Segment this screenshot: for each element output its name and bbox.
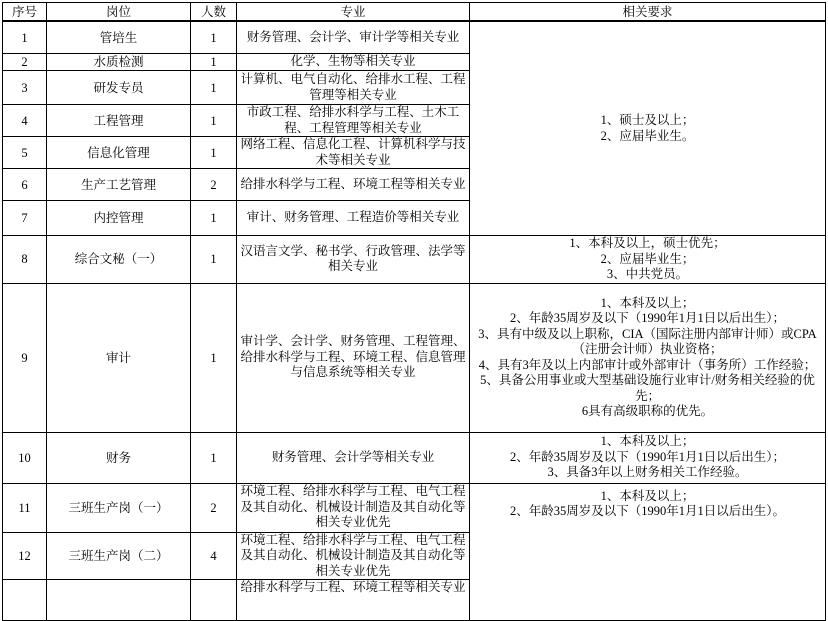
major-cell: 网络工程、信息化工程、计算机科学与技术等相关专业 (237, 137, 470, 169)
position-cell: 生产工艺管理 (47, 169, 191, 201)
row-number-cell: 11 (3, 483, 47, 532)
col-header-requirements: 相关要求 (470, 3, 826, 22)
count-cell: 1 (191, 71, 237, 105)
header-row: 序号 岗位 人数 专业 相关要求 (3, 3, 826, 22)
requirements-cell: 1、本科及以上； 2、年龄35周岁及以下（1990年1月1日以后出生）； 3、具… (470, 283, 826, 432)
table-row: 11 三班生产岗（一） 2 环境工程、给排水科学与工程、电气工程及其自动化、机械… (3, 483, 826, 532)
major-cell: 环境工程、给排水科学与工程、电气工程及其自动化、机械设计制造及其自动化等相关专业… (237, 483, 470, 532)
requirements-cell: 1、硕士及以上； 2、应届毕业生。 (470, 21, 826, 236)
position-cell: 管培生 (47, 21, 191, 54)
count-cell: 1 (191, 201, 237, 236)
count-cell: 4 (191, 532, 237, 580)
position-cell: 研发专员 (47, 71, 191, 105)
row-number-cell (3, 580, 47, 593)
position-cell: 三班生产岗（二） (47, 532, 191, 580)
requirements-cell: 1、本科及以上； 2、年龄35周岁及以下（1990年1月1日以后出生）； 3、具… (470, 432, 826, 483)
major-cell: 市政工程、给排水科学与工程、土木工程、工程管理等相关专业 (237, 105, 470, 137)
row-number-cell: 3 (3, 71, 47, 105)
major-cell: 财务管理、会计学、审计学等相关专业 (237, 21, 470, 54)
count-cell: 2 (191, 483, 237, 532)
count-cell: 1 (191, 137, 237, 169)
row-number-cell: 12 (3, 532, 47, 580)
position-cell: 三班生产岗（一） (47, 483, 191, 532)
position-cell: 水质检测 (47, 54, 191, 71)
count-cell: 2 (191, 169, 237, 201)
row-number-cell: 7 (3, 201, 47, 236)
table-row: 1 管培生 1 财务管理、会计学、审计学等相关专业 1、硕士及以上； 2、应届毕… (3, 21, 826, 54)
position-cell: 信息化管理 (47, 137, 191, 169)
count-cell (191, 580, 237, 593)
row-number-cell: 8 (3, 236, 47, 284)
major-cell: 审计、财务管理、工程造价等相关专业 (237, 201, 470, 236)
count-cell: 1 (191, 283, 237, 432)
row-number-cell: 1 (3, 21, 47, 54)
count-cell: 1 (191, 54, 237, 71)
table-row: 9 审计 1 审计学、会计学、财务管理、工程管理、给排水科学与工程、环境工程、信… (3, 283, 826, 432)
row-number-cell: 10 (3, 432, 47, 483)
major-cell: 汉语言文学、秘书学、行政管理、法学等相关专业 (237, 236, 470, 284)
row-number-cell: 9 (3, 283, 47, 432)
table-row: 8 综合文秘（一） 1 汉语言文学、秘书学、行政管理、法学等相关专业 1、本科及… (3, 236, 826, 284)
position-cell: 工程管理 (47, 105, 191, 137)
major-cell: 审计学、会计学、财务管理、工程管理、给排水科学与工程、环境工程、信息管理与信息系… (237, 283, 470, 432)
row-number-cell: 6 (3, 169, 47, 201)
col-header-major: 专业 (237, 3, 470, 22)
count-cell: 1 (191, 432, 237, 483)
col-header-count: 人数 (191, 3, 237, 22)
major-cell: 财务管理、会计学等相关专业 (237, 432, 470, 483)
major-cell: 化学、生物等相关专业 (237, 54, 470, 71)
recruitment-table: 序号 岗位 人数 专业 相关要求 1 管培生 1 财务管理、会计学、审计学等相关… (2, 2, 826, 592)
position-cell (47, 580, 191, 593)
row-number-cell: 4 (3, 105, 47, 137)
major-cell: 给排水科学与工程、环境工程等相关专业 (237, 580, 470, 593)
row-number-cell: 2 (3, 54, 47, 71)
major-cell: 环境工程、给排水科学与工程、电气工程及其自动化、机械设计制造及其自动化等相关专业… (237, 532, 470, 580)
col-header-position: 岗位 (47, 3, 191, 22)
requirements-cell: 1、本科及以上； 2、年龄35周岁及以下（1990年1月1日以后出生）。 (470, 483, 826, 592)
count-cell: 1 (191, 105, 237, 137)
position-cell: 内控管理 (47, 201, 191, 236)
row-number-cell: 5 (3, 137, 47, 169)
major-cell: 给排水科学与工程、环境工程等相关专业 (237, 169, 470, 201)
count-cell: 1 (191, 21, 237, 54)
requirements-cell: 1、本科及以上，硕士优先； 2、应届毕业生； 3、中共党员。 (470, 236, 826, 284)
count-cell: 1 (191, 236, 237, 284)
position-cell: 审计 (47, 283, 191, 432)
major-cell: 计算机、电气自动化、给排水工程、工程管理等相关专业 (237, 71, 470, 105)
position-cell: 财务 (47, 432, 191, 483)
col-header-no: 序号 (3, 3, 47, 22)
position-cell: 综合文秘（一） (47, 236, 191, 284)
table-row: 10 财务 1 财务管理、会计学等相关专业 1、本科及以上； 2、年龄35周岁及… (3, 432, 826, 483)
